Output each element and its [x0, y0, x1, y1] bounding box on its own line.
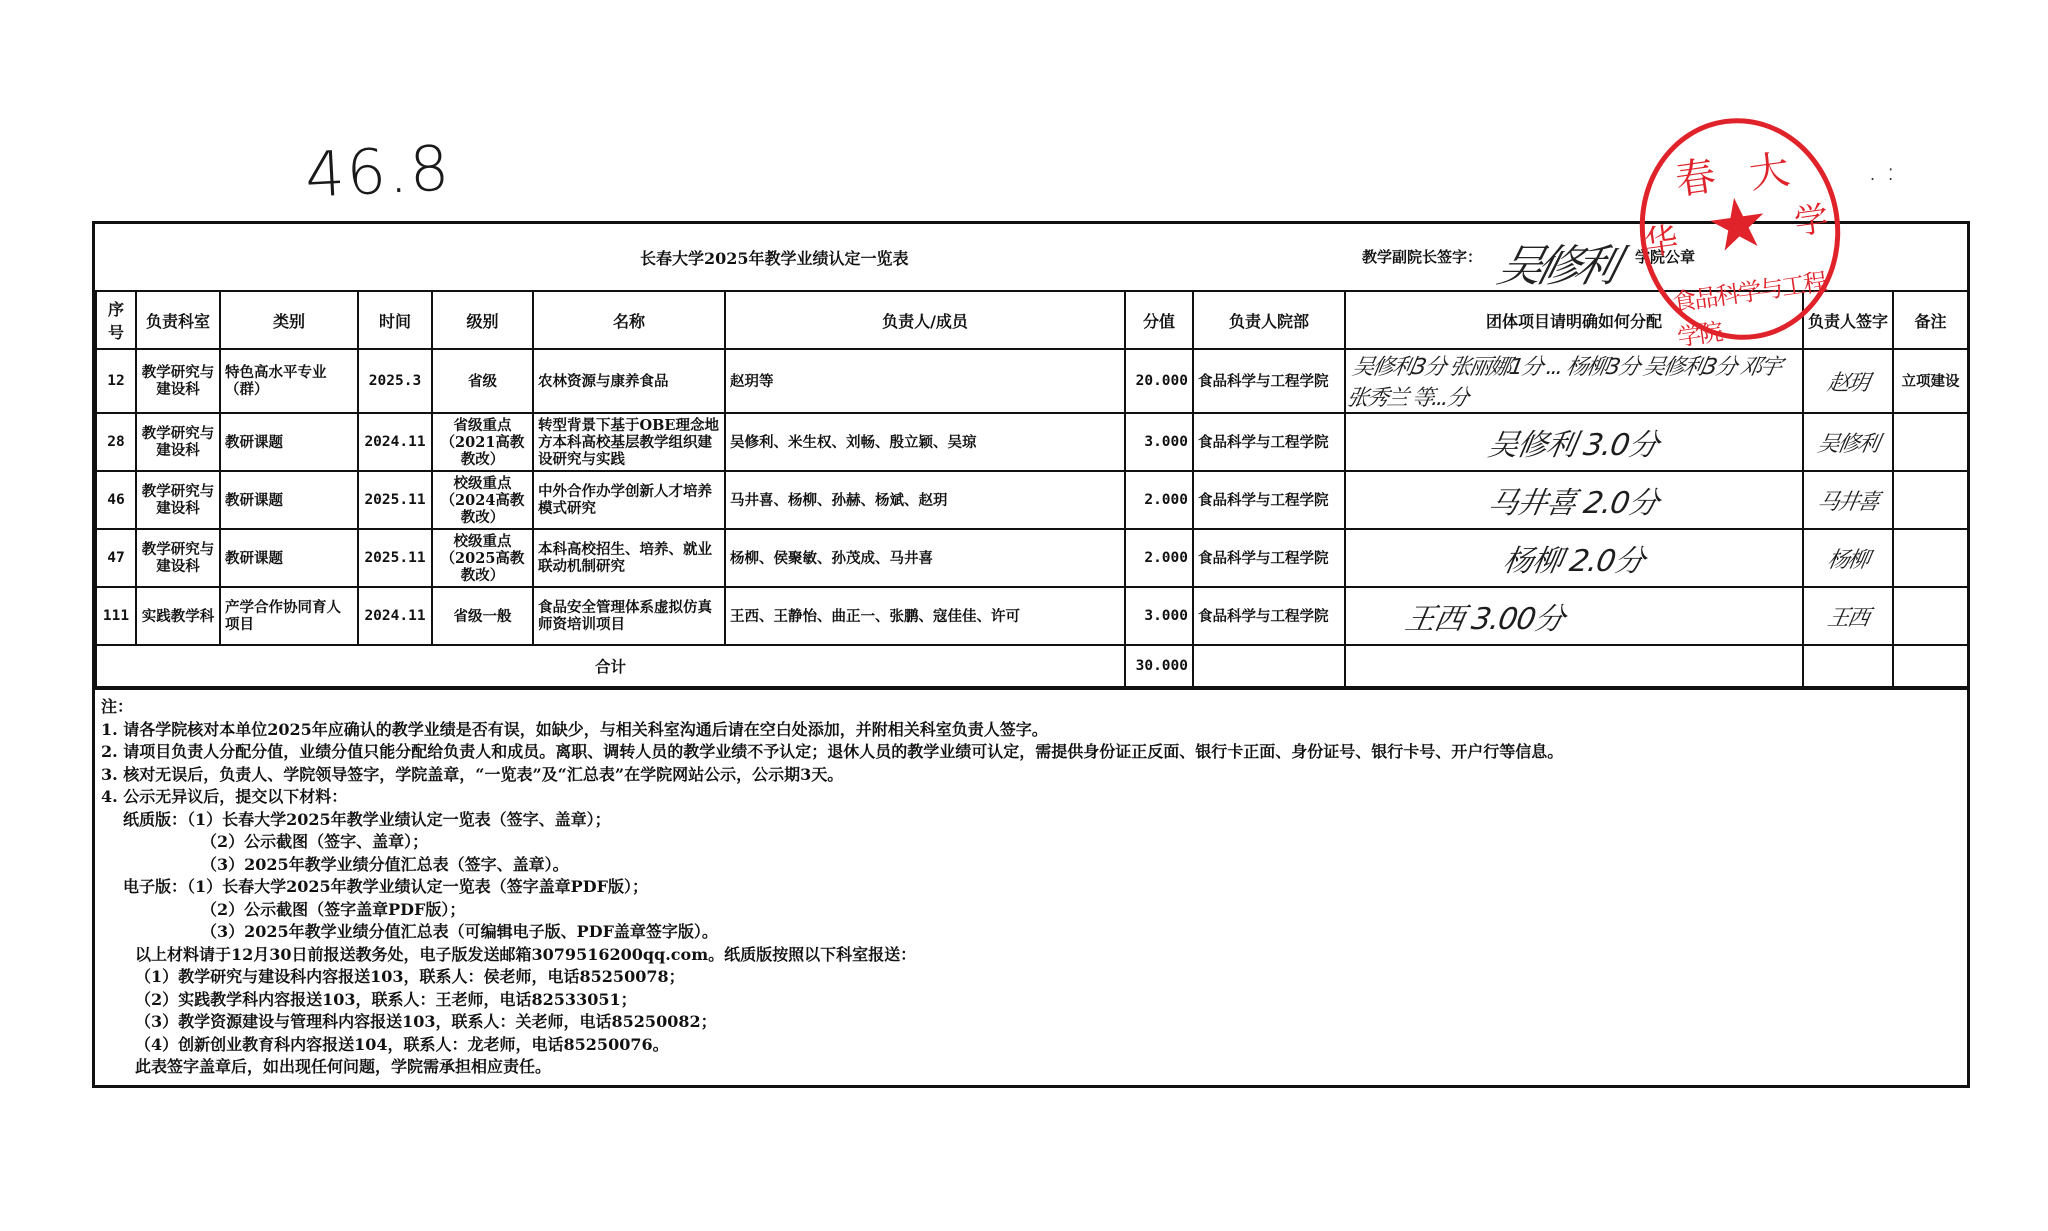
- row-signature: 吴修利: [1803, 413, 1893, 471]
- row-time: 2025.11: [358, 529, 432, 587]
- vice-dean-signature-label: 教学副院长签字：: [1362, 246, 1482, 267]
- row-no: 111: [96, 587, 136, 645]
- table-row: 111 实践教学科 产学合作协同育人项目 2024.11 省级一般 食品安全管理…: [96, 587, 1968, 645]
- row-dept: 食品科学与工程学院: [1193, 529, 1345, 587]
- col-header: 类别: [220, 291, 358, 349]
- notes-section: 注： 1. 请各学院核对本单位2025年应确认的教学业绩是否有误，如缺少，与相关…: [95, 688, 1967, 1085]
- electronic-item-1: 电子版：（1）长春大学2025年教学业绩认定一览表（签字盖章PDF版）；: [101, 876, 1961, 899]
- electronic-label: 电子版：: [123, 877, 187, 896]
- col-header: 负责人院部: [1193, 291, 1345, 349]
- row-name: 食品安全管理体系虚拟仿真师资培训项目: [533, 587, 725, 645]
- contact-item: （2）实践教学科内容报送103，联系人：王老师，电话82533051；: [101, 989, 1961, 1012]
- row-name: 转型背景下基于OBE理念地方本科高校基层教学组织建设研究与实践: [533, 413, 725, 471]
- row-office: 实践教学科: [136, 587, 220, 645]
- table-row: 46 教学研究与建设科 教研课题 2025.11 校级重点（2024高教教改） …: [96, 471, 1968, 529]
- note-item: 2. 请项目负责人分配分值，业绩分值只能分配给负责人和成员。离职、调转人员的教学…: [101, 741, 1961, 764]
- row-name: 农林资源与康养食品: [533, 349, 725, 413]
- row-name: 中外合作办学创新人才培养模式研究: [533, 471, 725, 529]
- paper-item: （3）2025年教学业绩分值汇总表（签字、盖章）。: [101, 854, 1961, 877]
- row-no: 47: [96, 529, 136, 587]
- electronic-item: （1）长春大学2025年教学业绩认定一览表（签字盖章PDF版）；: [187, 877, 648, 896]
- handwritten-signature: 赵玥: [1825, 366, 1870, 397]
- row-remark: [1893, 413, 1968, 471]
- row-members: 吴修利、米生权、刘畅、殷立颖、吴琼: [725, 413, 1125, 471]
- paper-label: 纸质版：: [123, 810, 187, 829]
- row-allocation: 王西 3.00分: [1345, 587, 1803, 645]
- row-category: 教研课题: [220, 471, 358, 529]
- table-row: 12 教学研究与建设科 特色高水平专业（群） 2025.3 省级 农林资源与康养…: [96, 349, 1968, 413]
- row-name: 本科高校招生、培养、就业联动机制研究: [533, 529, 725, 587]
- col-header: 时间: [358, 291, 432, 349]
- stamp-char: 春: [1671, 144, 1719, 206]
- row-signature: 马井喜: [1803, 471, 1893, 529]
- row-dept: 食品科学与工程学院: [1193, 471, 1345, 529]
- row-no: 46: [96, 471, 136, 529]
- row-level: 校级重点（2025高教教改）: [432, 529, 533, 587]
- row-category: 教研课题: [220, 529, 358, 587]
- row-dept: 食品科学与工程学院: [1193, 413, 1345, 471]
- col-header: 分值: [1125, 291, 1193, 349]
- row-office: 教学研究与建设科: [136, 413, 220, 471]
- row-category: 特色高水平专业（群）: [220, 349, 358, 413]
- row-remark: [1893, 587, 1968, 645]
- row-level: 校级重点（2024高教教改）: [432, 471, 533, 529]
- total-label: 合计: [96, 645, 1125, 687]
- row-category: 产学合作协同育人项目: [220, 587, 358, 645]
- handwritten-total: 46.8: [303, 131, 453, 212]
- table-row: 28 教学研究与建设科 教研课题 2024.11 省级重点（2021高教教改） …: [96, 413, 1968, 471]
- col-header: 名称: [533, 291, 725, 349]
- electronic-item: （2）公示截图（签字盖章PDF版）；: [101, 899, 1961, 922]
- handwritten-allocation: 吴修利3分 张丽娜1分 ... 杨柳3分 吴修利3分 邓宇 张秀兰 等...分: [1345, 350, 1803, 412]
- contact-item: （3）教学资源建设与管理科内容报送103，联系人：关老师，电话85250082；: [101, 1011, 1961, 1034]
- contact-item: （4）创新创业教育科内容报送104，联系人：龙老师，电话85250076。: [101, 1034, 1961, 1057]
- row-remark: [1893, 529, 1968, 587]
- row-remark: [1893, 471, 1968, 529]
- column-header-row: 序号 负责科室 类别 时间 级别 名称 负责人/成员 分值 负责人院部 团体项目…: [96, 291, 1968, 349]
- contact-item: （1）教学研究与建设科内容报送103，联系人：侯老师，电话85250078；: [101, 966, 1961, 989]
- row-time: 2024.11: [358, 587, 432, 645]
- paper-item-1: 纸质版：（1）长春大学2025年教学业绩认定一览表（签字、盖章）；: [101, 809, 1961, 832]
- row-level: 省级重点（2021高教教改）: [432, 413, 533, 471]
- handwritten-signature: 吴修利: [1815, 427, 1880, 458]
- college-seal-label: 学院公章: [1635, 246, 1695, 267]
- empty-cell: [1193, 645, 1345, 687]
- row-members: 杨柳、侯聚敏、孙茂成、马井喜: [725, 529, 1125, 587]
- handwritten-signature: 王西: [1825, 601, 1870, 632]
- row-dept: 食品科学与工程学院: [1193, 349, 1345, 413]
- paper-specks: . ⁚: [1870, 165, 1897, 184]
- submission-text: 以上材料请于12月30日前报送教务处，电子版发送邮箱3079516200qq.c…: [101, 944, 1961, 967]
- notes-heading: 注：: [101, 696, 1961, 719]
- row-no: 12: [96, 349, 136, 413]
- paper-item: （1）长春大学2025年教学业绩认定一览表（签字、盖章）；: [187, 810, 611, 829]
- paper-item: （2）公示截图（签字、盖章）；: [101, 831, 1961, 854]
- empty-cell: [1345, 645, 1803, 687]
- handwritten-allocation: 吴修利 3.0分: [1485, 420, 1662, 464]
- handwritten-allocation: 杨柳 2.0分: [1500, 536, 1648, 580]
- row-signature: 赵玥: [1803, 349, 1893, 413]
- row-office: 教学研究与建设科: [136, 349, 220, 413]
- row-dept: 食品科学与工程学院: [1193, 587, 1345, 645]
- row-allocation: 吴修利3分 张丽娜1分 ... 杨柳3分 吴修利3分 邓宇 张秀兰 等...分: [1345, 349, 1803, 413]
- handwritten-allocation: 马井喜 2.0分: [1485, 478, 1662, 522]
- row-score: 3.000: [1125, 413, 1193, 471]
- closing-text: 此表签字盖章后，如出现任何问题，学院需承担相应责任。: [101, 1056, 1961, 1079]
- empty-cell: [1893, 645, 1968, 687]
- performance-table: 长春大学2025年教学业绩认定一览表 教学副院长签字： 吴修利 学院公章 序号 …: [95, 224, 1969, 688]
- row-time: 2025.3: [358, 349, 432, 413]
- col-header: 序号: [96, 291, 136, 349]
- stamp-char: 大: [1745, 138, 1793, 200]
- row-score: 2.000: [1125, 529, 1193, 587]
- row-signature: 杨柳: [1803, 529, 1893, 587]
- col-header: 级别: [432, 291, 533, 349]
- row-level: 省级: [432, 349, 533, 413]
- row-allocation: 杨柳 2.0分: [1345, 529, 1803, 587]
- row-allocation: 吴修利 3.0分: [1345, 413, 1803, 471]
- total-score: 30.000: [1125, 645, 1193, 687]
- row-members: 王西、王静怡、曲正一、张鹏、寇佳佳、许可: [725, 587, 1125, 645]
- col-header: 团体项目请明确如何分配: [1345, 291, 1803, 349]
- note-item: 3. 核对无误后，负责人、学院领导签字，学院盖章，“一览表”及“汇总表”在学院网…: [101, 764, 1961, 787]
- row-members: 马井喜、杨柳、孙赫、杨斌、赵玥: [725, 471, 1125, 529]
- row-allocation: 马井喜 2.0分: [1345, 471, 1803, 529]
- row-no: 28: [96, 413, 136, 471]
- vice-dean-signature: 吴修利: [1492, 230, 1622, 291]
- col-header: 负责人/成员: [725, 291, 1125, 349]
- row-score: 20.000: [1125, 349, 1193, 413]
- col-header: 负责科室: [136, 291, 220, 349]
- note-item: 1. 请各学院核对本单位2025年应确认的教学业绩是否有误，如缺少，与相关科室沟…: [101, 719, 1961, 742]
- row-category: 教研课题: [220, 413, 358, 471]
- row-signature: 王西: [1803, 587, 1893, 645]
- total-row: 合计 30.000: [96, 645, 1968, 687]
- handwritten-signature: 马井喜: [1815, 485, 1880, 516]
- row-office: 教学研究与建设科: [136, 471, 220, 529]
- electronic-item: （3）2025年教学业绩分值汇总表（可编辑电子版、PDF盖章签字版）。: [101, 921, 1961, 944]
- row-level: 省级一般: [432, 587, 533, 645]
- document-title: 长春大学2025年教学业绩认定一览表: [640, 246, 909, 269]
- row-time: 2025.11: [358, 471, 432, 529]
- title-cell: 长春大学2025年教学业绩认定一览表 教学副院长签字： 吴修利 学院公章: [96, 224, 1968, 291]
- row-members: 赵玥等: [725, 349, 1125, 413]
- handwritten-signature: 杨柳: [1825, 543, 1870, 574]
- note-item: 4. 公示无异议后，提交以下材料：: [101, 786, 1961, 809]
- empty-cell: [1803, 645, 1893, 687]
- col-header: 备注: [1893, 291, 1968, 349]
- performance-table-sheet: 长春大学2025年教学业绩认定一览表 教学副院长签字： 吴修利 学院公章 序号 …: [92, 221, 1970, 1088]
- handwritten-allocation: 王西 3.00分: [1402, 594, 1568, 638]
- row-score: 3.000: [1125, 587, 1193, 645]
- col-header: 负责人签字: [1803, 291, 1893, 349]
- row-remark: 立项建设: [1893, 349, 1968, 413]
- table-row: 47 教学研究与建设科 教研课题 2025.11 校级重点（2025高教教改） …: [96, 529, 1968, 587]
- row-office: 教学研究与建设科: [136, 529, 220, 587]
- row-score: 2.000: [1125, 471, 1193, 529]
- row-time: 2024.11: [358, 413, 432, 471]
